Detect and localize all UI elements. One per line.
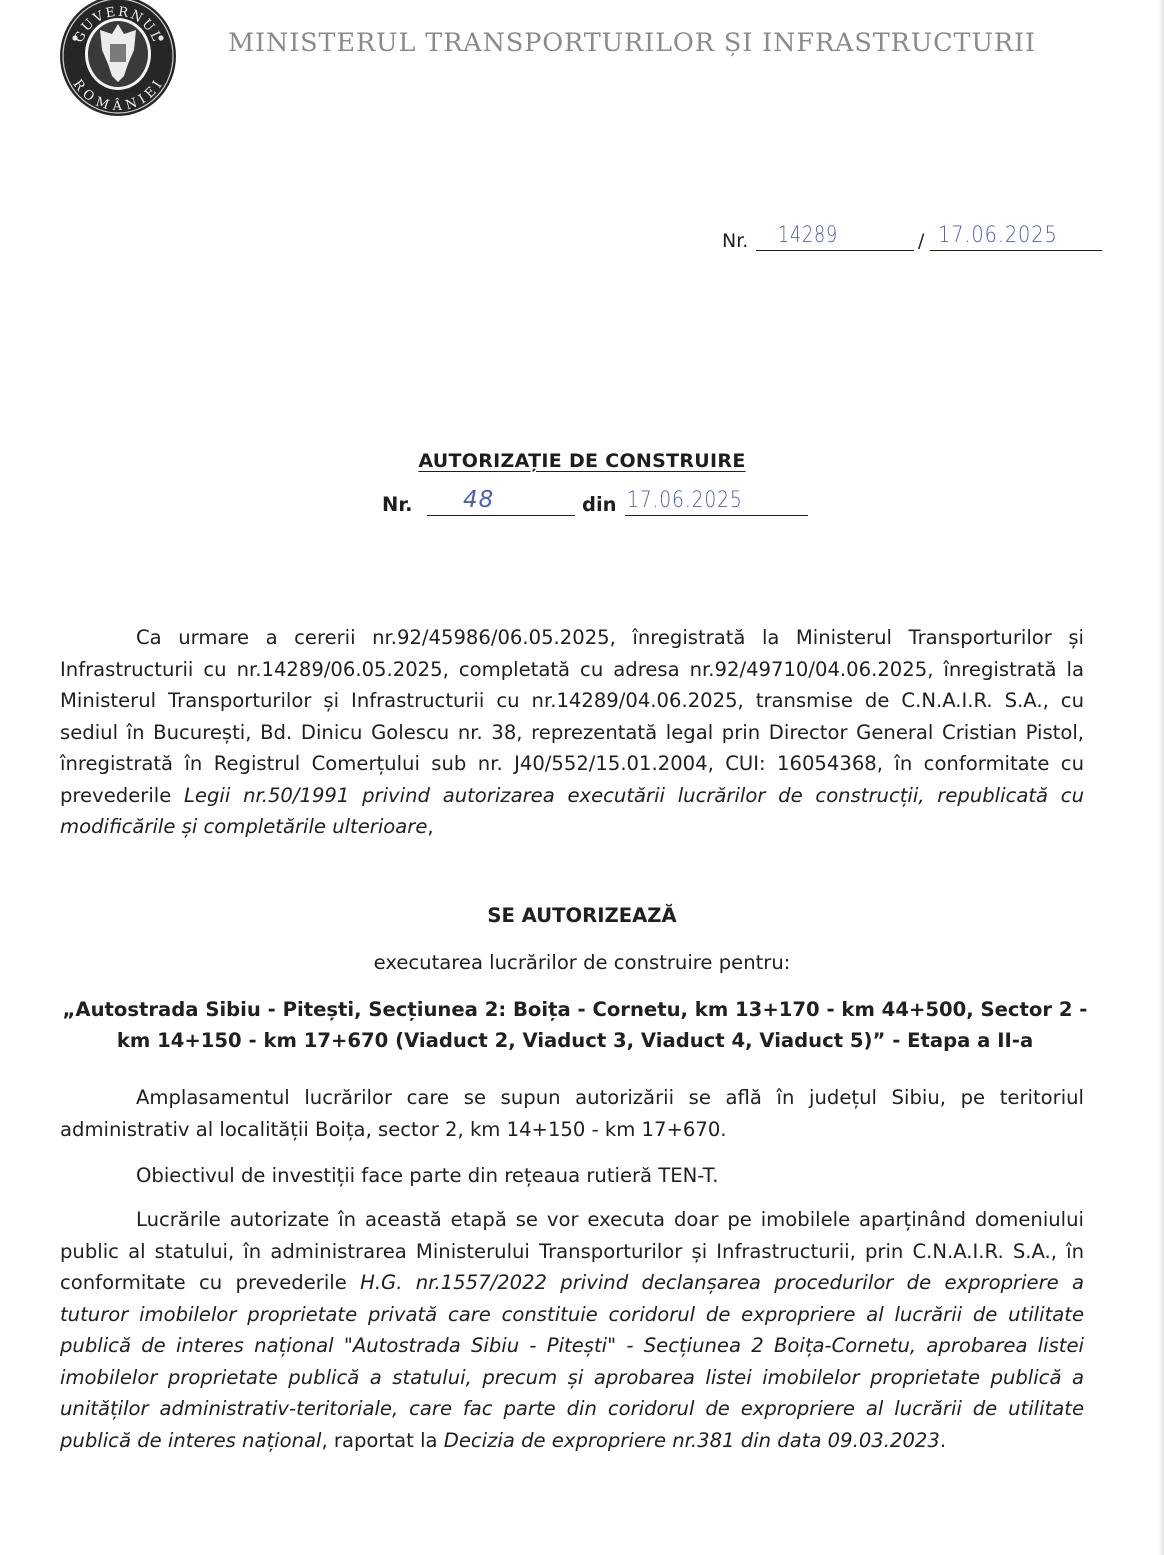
document-title-text: AUTORIZAȚIE DE CONSTRUIRE [418, 450, 745, 472]
registration-label: Nr. [722, 230, 748, 252]
project-title: „Autostrada Sibiu - Pitești, Secțiunea 2… [60, 995, 1090, 1056]
paragraph-legal-connector: , raportat la [321, 1429, 443, 1452]
paragraph-legal-basis: Lucrările autorizate în această etapă se… [60, 1204, 1084, 1456]
authorization-din-label: din [582, 493, 617, 516]
paragraph-legal-tail: . [940, 1429, 946, 1452]
registration-number-field: 14289 [756, 222, 914, 251]
registration-separator: / [918, 230, 924, 252]
paragraph-ten-t: Obiectivul de investiții face parte din … [60, 1160, 1084, 1192]
authorization-number-line: Nr. 48 din 17.06.2025 [382, 484, 808, 520]
coat-of-arms-icon: GUVERNUL ROMÂNIEI [58, 0, 178, 118]
handwritten-authorization-date: 17.06.2025 [627, 488, 743, 513]
registration-number-line: Nr. 14289 / 17.06.2025 [722, 222, 1102, 256]
execution-line: executarea lucrărilor de construire pent… [0, 951, 1164, 974]
authorization-number-field: 48 [427, 484, 575, 516]
handwritten-registration-date: 17.06.2025 [938, 223, 1058, 248]
authorization-nr-label: Nr. [382, 493, 413, 516]
handwritten-registration-number: 14289 [778, 223, 838, 248]
handwritten-authorization-number: 48 [463, 487, 494, 513]
authorization-date-field: 17.06.2025 [625, 484, 808, 516]
paragraph-request-tail: , [427, 815, 433, 838]
paragraph-request-text: Ca urmare a cererii nr.92/45986/06.05.20… [60, 626, 1084, 807]
government-seal-logo: GUVERNUL ROMÂNIEI [58, 0, 178, 118]
registration-date-field: 17.06.2025 [930, 222, 1102, 251]
hg-reference: H.G. nr.1557/2022 privind declanșarea pr… [60, 1271, 1084, 1452]
expropriation-decision-reference: Decizia de expropriere nr.381 din data 0… [444, 1429, 940, 1452]
document-title: AUTORIZAȚIE DE CONSTRUIRE [0, 450, 1164, 472]
law-reference: Legii nr.50/1991 privind autorizarea exe… [60, 784, 1084, 839]
authorization-heading: SE AUTORIZEAZĂ [0, 904, 1164, 927]
ministry-letterhead: MINISTERUL TRANSPORTURILOR ȘI INFRASTRUC… [228, 28, 1036, 58]
paragraph-request-details: Ca urmare a cererii nr.92/45986/06.05.20… [60, 622, 1084, 843]
scan-edge [1158, 0, 1164, 1555]
paragraph-location: Amplasamentul lucrărilor care se supun a… [60, 1082, 1084, 1145]
